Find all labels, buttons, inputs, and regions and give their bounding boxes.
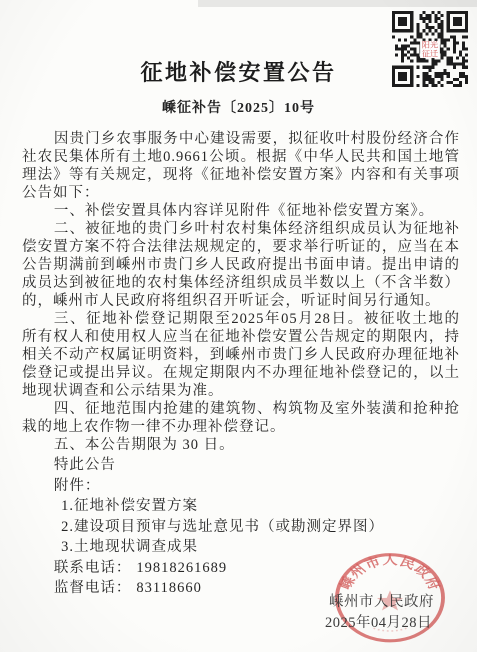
qr-code: 阳光征迁 — [392, 11, 468, 87]
paragraph: 一、补偿安置具体内容详见附件《征地补偿安置方案》。 — [22, 202, 460, 220]
qr-center-label: 阳光征迁 — [420, 41, 440, 58]
seal-arc-text: 嵊州市人民政府 — [336, 554, 444, 593]
paragraph: 五、本公告期限为 30 日。 — [22, 436, 460, 454]
doc-number: 嵊征补告〔2025〕10号 — [0, 97, 477, 117]
paragraph: 二、被征地的贵门乡叶村农村集体经济组织成员认为征地补偿安置方案不符合法律法规规定… — [22, 220, 460, 310]
attachment-item: 1.征地补偿安置方案 — [22, 496, 460, 517]
photo-edge-artifact — [198, 0, 477, 7]
contact-number: 19818261689 — [136, 560, 227, 576]
paragraph: 三、征地补偿登记期限至2025年05月28日。被征收土地的所有权人和使用权人应当… — [22, 310, 460, 400]
contact-label: 联系电话： — [54, 560, 132, 576]
attachments-label: 附件： — [22, 476, 460, 497]
attachment-item: 2.建设项目预审与选址意见书（或勘测定界图） — [22, 517, 460, 538]
closing-line: 特此公告 — [22, 455, 460, 476]
paragraph: 因贵门乡农事服务中心建设需要，拟征收叶村股份经济合作社农民集体所有土地0.966… — [22, 130, 460, 202]
contact-number: 83118660 — [136, 580, 201, 596]
issue-date: 2025年04月28日 — [325, 611, 432, 632]
issuer-name: 嵊州市人民政府 — [329, 590, 434, 611]
paragraph: 四、征地范围内抢建的建筑物、构筑物及室外装潢和抢种抢栽的地上农作物一律不办理补偿… — [22, 400, 460, 436]
contact-label: 监督电话： — [54, 580, 132, 596]
body-paragraphs: 因贵门乡农事服务中心建设需要，拟征收叶村股份经济合作社农民集体所有土地0.966… — [22, 130, 460, 454]
svg-text:嵊州市人民政府: 嵊州市人民政府 — [336, 554, 444, 593]
announcement-document: 阳光征迁 征地补偿安置公告 嵊征补告〔2025〕10号 因贵门乡农事服务中心建设… — [0, 0, 477, 652]
